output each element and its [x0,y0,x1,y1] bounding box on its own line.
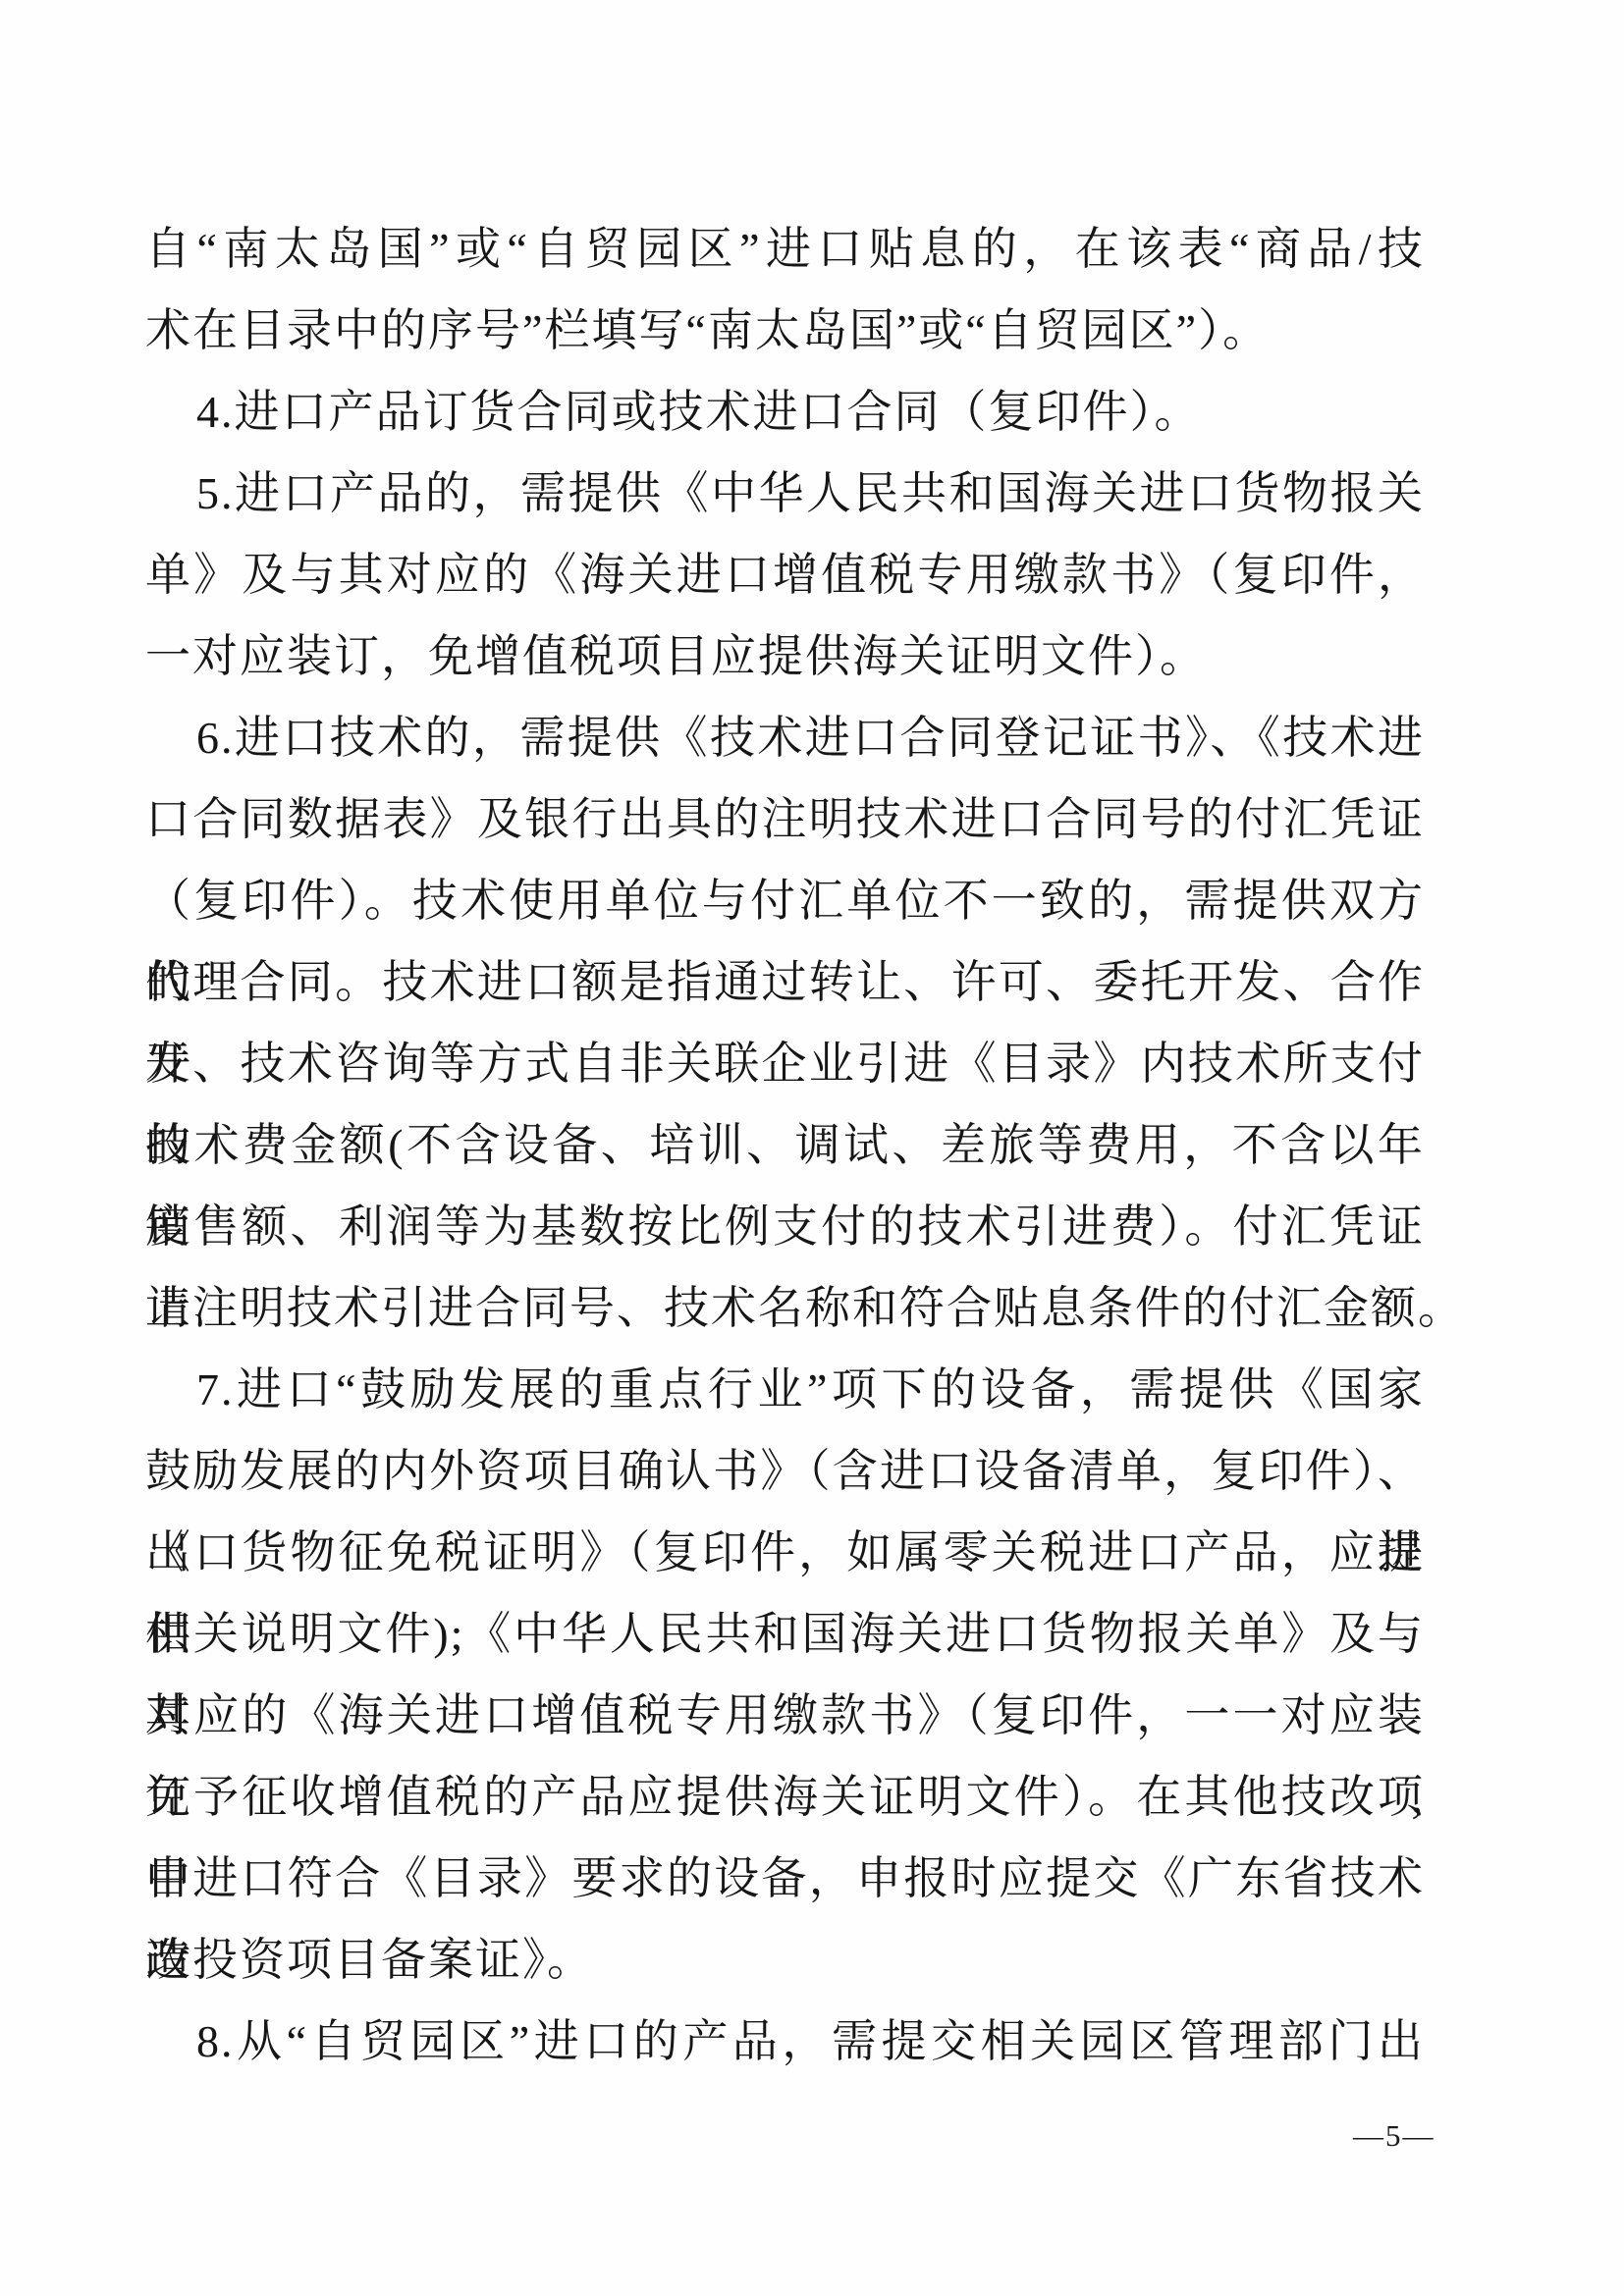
text-line: 自“南太岛国”或“自贸园区”进口贴息的，在该表“商品/技 [145,208,1425,290]
text-line: 8.从“自贸园区”进口的产品，需提交相关园区管理部门出 [145,2001,1425,2082]
document-body: 自“南太岛国”或“自贸园区”进口贴息的，在该表“商品/技术在目录中的序号”栏填写… [145,208,1425,2082]
text-line: 一对应装订，免增值税项目应提供海关证明文件）。 [145,615,1425,697]
text-line: 技术费金额(不含设备、培训、调试、差旅等费用，不含以年度 [145,1104,1425,1186]
text-line: 术在目录中的序号”栏填写“南太岛国”或“自贸园区”）。 [145,290,1425,371]
text-line: 5.进口产品的，需提供《中华人民共和国海关进口货物报关 [145,453,1425,534]
text-line: （复印件）。技术使用单位与付汇单位不一致的，需提供双方的 [145,860,1425,941]
text-line: 对应的《海关进口增值税专用缴款书》（复印件，一一对应装订, [145,1675,1425,1756]
text-line: 相关说明文件);《中华人民共和国海关进口货物报关单》及与其 [145,1593,1425,1675]
page-number: —5— [1353,2118,1435,2154]
text-line: 中进口符合《目录》要求的设备，申报时应提交《广东省技术改 [145,1838,1425,1919]
text-line: 销售额、利润等为基数按比例支付的技术引进费）。付汇凭证上 [145,1186,1425,1267]
text-line: 代理合同。技术进口额是指通过转让、许可、委托开发、合作开 [145,941,1425,1023]
text-line: 6.进口技术的，需提供《技术进口合同登记证书》、《技术进 [145,697,1425,778]
text-line: 4.进口产品订货合同或技术进口合同（复印件）。 [145,371,1425,453]
text-line: 鼓励发展的内外资项目确认书》（含进口设备清单，复印件）、《进 [145,1430,1425,1512]
text-line: 口合同数据表》及银行出具的注明技术进口合同号的付汇凭证 [145,778,1425,860]
text-line: 发、技术咨询等方式自非关联企业引进《目录》内技术所支付的 [145,1023,1425,1104]
text-line: 造投资项目备案证》。 [145,1919,1425,2001]
text-line: 单》及与其对应的《海关进口增值税专用缴款书》（复印件，一 [145,534,1425,615]
text-line: 7.进口“鼓励发展的重点行业”项下的设备，需提供《国家 [145,1349,1425,1430]
text-line: 免予征收增值税的产品应提供海关证明文件）。在其他技改项目 [145,1756,1425,1838]
text-line: 出口货物征免税证明》（复印件，如属零关税进口产品，应提供 [145,1512,1425,1593]
document-page: 自“南太岛国”或“自贸园区”进口贴息的，在该表“商品/技术在目录中的序号”栏填写… [0,0,1624,2296]
text-line: 请注明技术引进合同号、技术名称和符合贴息条件的付汇金额。 [145,1267,1425,1349]
